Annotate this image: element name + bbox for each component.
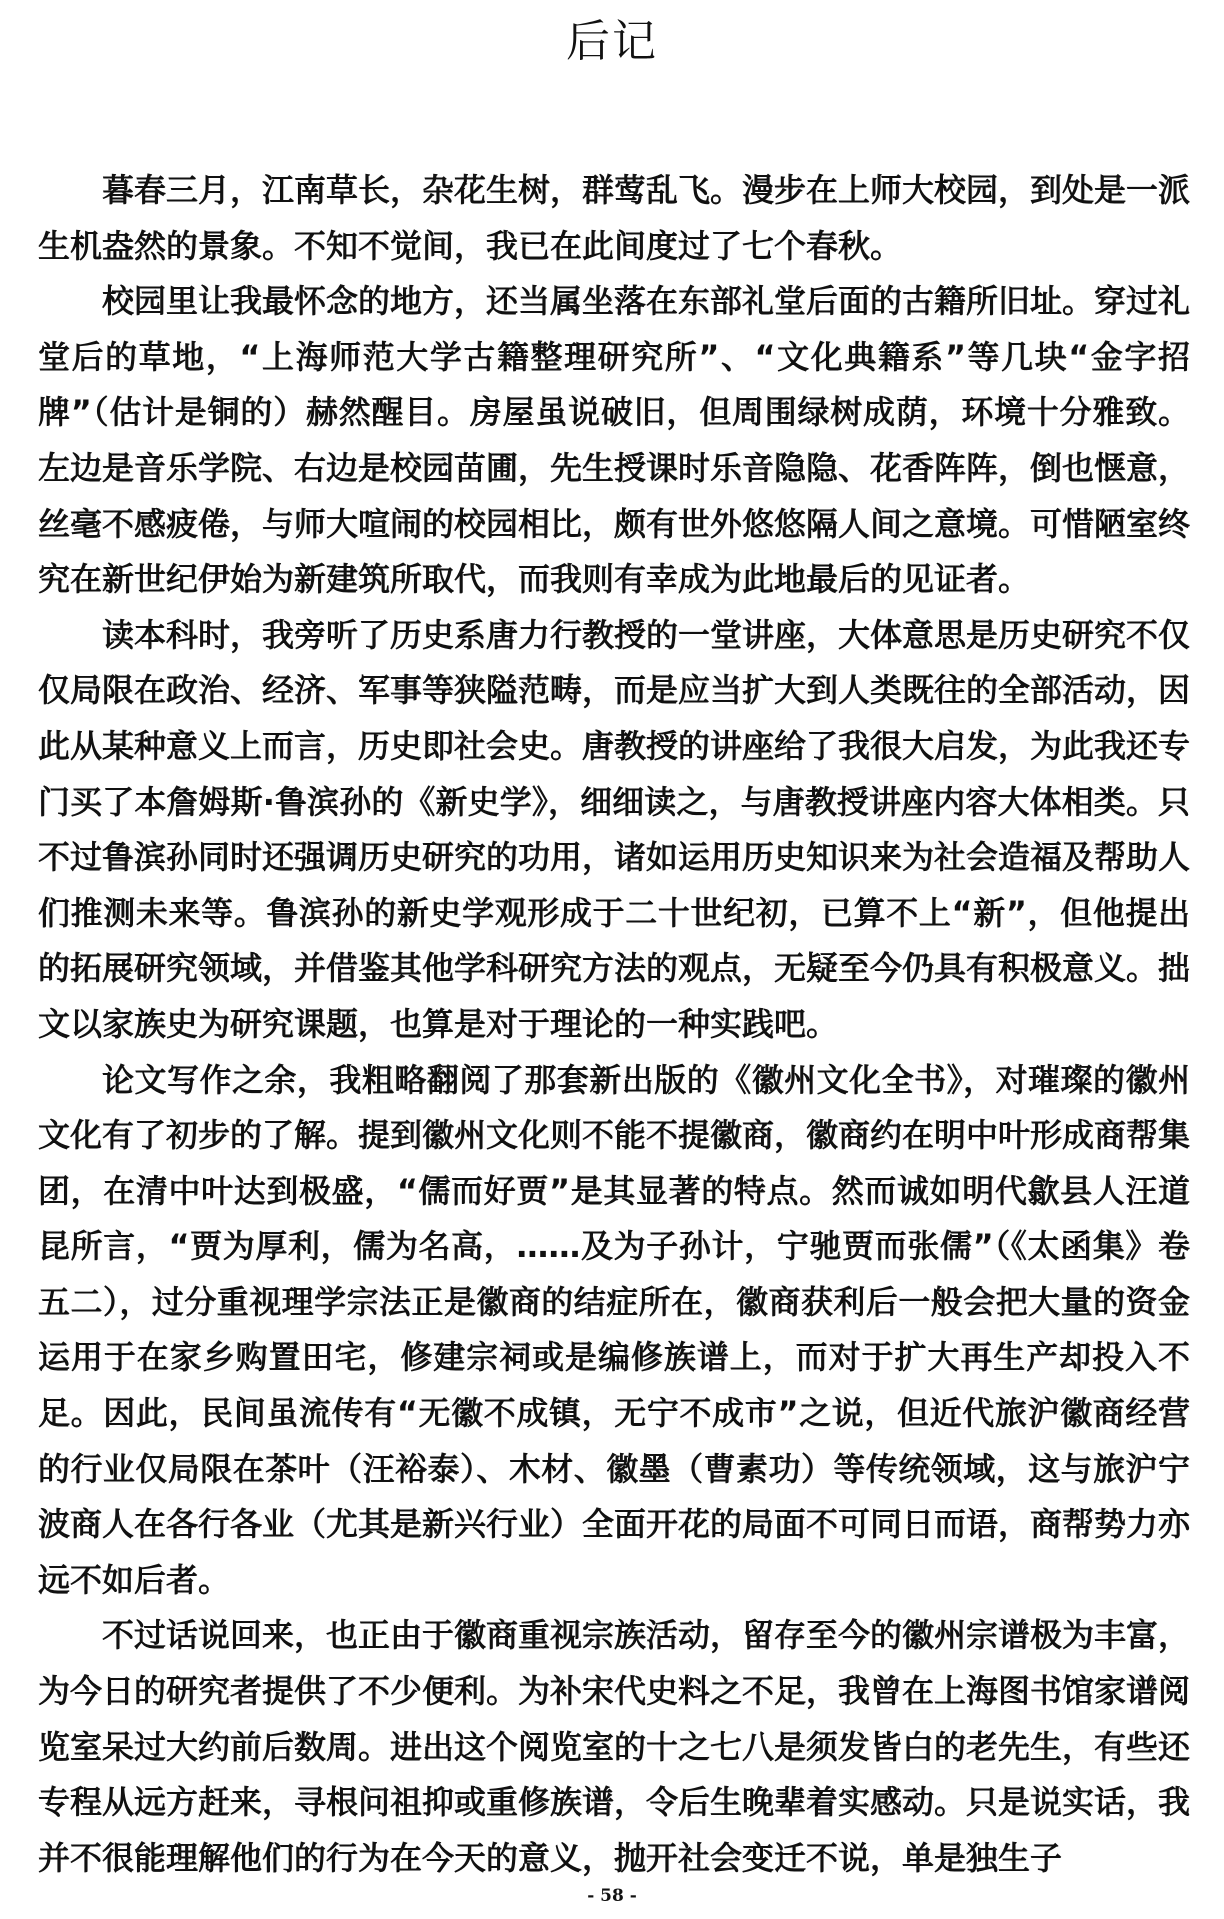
document-body: 暮春三月，江南草长，杂花生树，群莺乱飞。漫步在上师大校园，到处是一派生机盎然的景… <box>38 163 1190 1886</box>
paragraph-4: 论文写作之余，我粗略翻阅了那套新出版的《徽州文化全书》，对璀璨的徽州文化有了初步… <box>38 1053 1190 1609</box>
paragraph-5: 不过话说回来，也正由于徽商重视宗族活动，留存至今的徽州宗谱极为丰富，为今日的研究… <box>38 1608 1190 1886</box>
paragraph-2: 校园里让我最怀念的地方，还当属坐落在东部礼堂后面的古籍所旧址。穿过礼堂后的草地，… <box>38 274 1190 608</box>
page-number: - 58 - <box>0 1886 1224 1906</box>
paragraph-1: 暮春三月，江南草长，杂花生树，群莺乱飞。漫步在上师大校园，到处是一派生机盎然的景… <box>38 163 1190 274</box>
page-title: 后记 <box>0 12 1224 72</box>
paragraph-3: 读本科时，我旁听了历史系唐力行教授的一堂讲座，大体意思是历史研究不仅仅局限在政治… <box>38 608 1190 1053</box>
